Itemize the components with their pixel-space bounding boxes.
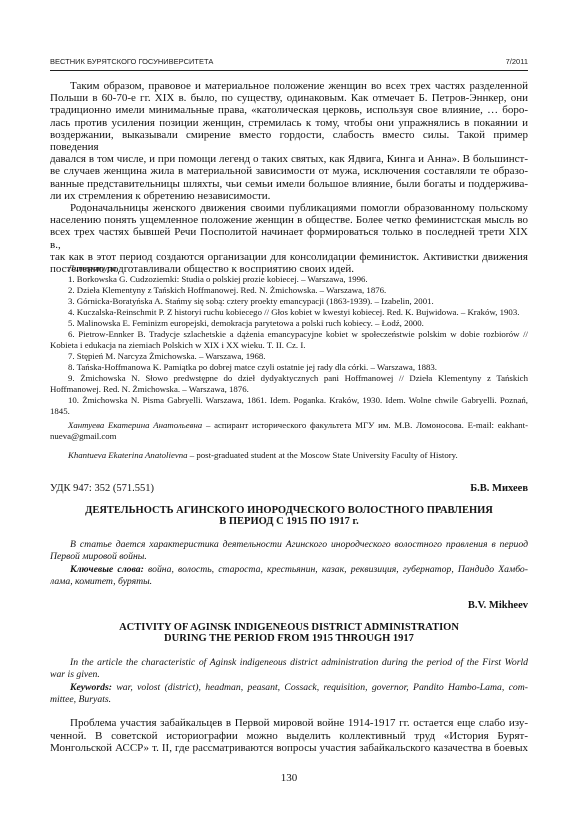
text-line: Монгольской АССР» т. II, где рассматрива… xyxy=(50,742,528,755)
udk-code: УДК 947: 352 (571.551) xyxy=(50,483,154,495)
udk-row: УДК 947: 352 (571.551) Б.В. Михеев xyxy=(50,483,528,495)
article-body-previous: Таким образом, правовое и материальное п… xyxy=(50,80,528,275)
text-line: воздержании, выказывали смирение вместо … xyxy=(50,129,528,153)
text-line: Родоначальницы женского движения своими … xyxy=(50,202,528,214)
reference-item: 8. Tańska-Hoffmanowa K. Pamiątka po dobr… xyxy=(50,362,528,373)
reference-item: 4. Kuczalska-Reinschmit P. Z historyi ru… xyxy=(50,307,528,318)
text-line: ченной. В советской историографии можно … xyxy=(50,730,528,743)
text-line: 2. Dzieła Klementyny z Tańskich Hoffmano… xyxy=(50,285,528,296)
text-line: 9. Żmichowska N. Słowo predwstępne do dz… xyxy=(50,373,528,384)
header-rule xyxy=(50,70,528,71)
text-line: Первой мировой войны. xyxy=(50,551,528,563)
text-line: населению понять ущемленное положение же… xyxy=(50,214,528,226)
text-line: ванные представительницы шляхты, чьи сем… xyxy=(50,178,528,190)
text-line: Keywords: war, volost (district), headma… xyxy=(50,682,528,694)
literature-heading: Литература xyxy=(50,263,528,274)
article-title-en: ACTIVITY OF AGINSK INDIGENEOUS DISTRICT … xyxy=(50,622,528,645)
issue-number: 7/2011 xyxy=(506,57,528,67)
title-line: ACTIVITY OF AGINSK INDIGENEOUS DISTRICT … xyxy=(50,622,528,633)
running-header: ВЕСТНИК БУРЯТСКОГО ГОСУНИВЕРСИТЕТА 7/201… xyxy=(50,57,528,67)
text-line: In the article the characteristic of Agi… xyxy=(50,657,528,669)
author-email: nueva@gmail.com xyxy=(50,431,528,442)
abstract-ru: В статье дается характеристика деятельно… xyxy=(50,539,528,588)
text-line: В статье дается характеристика деятельно… xyxy=(50,539,528,551)
text-line: 1. Borkowska G. Cudzoziemki: Studia o po… xyxy=(50,274,528,285)
author-name: Khantueva Ekaterina Anatolievna xyxy=(68,450,188,460)
text-line: 10. Żmichowska N. Pisma Gabryelli. Warsz… xyxy=(50,395,528,406)
text-line: Хантуева Екатерина Анатольевна – аспиран… xyxy=(50,420,528,431)
text-line: Khantueva Ekaterina Anatolievna – post-g… xyxy=(50,450,528,461)
text-line: традиционно имели минимальные права, «ка… xyxy=(50,104,528,116)
article-author-en: B.V. Mikheev xyxy=(50,600,528,612)
author-description: – post-graduated student at the Moscow S… xyxy=(188,450,458,460)
text-line: Hoffmanowej. Red. N. Żmichowska. – Warsz… xyxy=(50,384,528,395)
reference-item: 9. Żmichowska N. Słowo predwstępne do dz… xyxy=(50,373,528,395)
text-line: war is given. xyxy=(50,669,528,681)
text-line: 6. Pietrow-Ennker B. Tradycje szlachetsk… xyxy=(50,329,528,340)
text-line: Ключевые слова: война, волость, староста… xyxy=(50,564,528,576)
keywords-en: Keywords: war, volost (district), headma… xyxy=(50,682,528,707)
abstract-en: In the article the characteristic of Agi… xyxy=(50,657,528,706)
keywords-ru: Ключевые слова: война, волость, староста… xyxy=(50,564,528,589)
text-line: 7. Stępień M. Narcyza Żmichowska. – Wars… xyxy=(50,351,528,362)
paragraph: Проблема участия забайкальцев в Первой м… xyxy=(50,717,528,755)
author-description: – аспирант исторического факультета МГУ … xyxy=(202,420,528,430)
text-line: Kobieta i edukacja na ziemiach Polskich … xyxy=(50,340,528,351)
title-line: DURING THE PERIOD FROM 1915 THROUGH 1917 xyxy=(50,633,528,644)
reference-item: 7. Stępień M. Narcyza Żmichowska. – Wars… xyxy=(50,351,528,362)
text-line: 3. Górnicka-Boratyńska A. Stańmy się sob… xyxy=(50,296,528,307)
text-line: ве случаев женщина жила в материальной з… xyxy=(50,165,528,177)
title-line: ДЕЯТЕЛЬНОСТЬ АГИНСКОГО ИНОРОДЧЕСКОГО ВОЛ… xyxy=(50,505,528,516)
keywords-label: Keywords: xyxy=(70,682,112,693)
author-info-en: Khantueva Ekaterina Anatolievna – post-g… xyxy=(50,450,528,461)
keywords-text: война, волость, староста, крестьянин, ка… xyxy=(144,564,528,575)
article-title-ru: ДЕЯТЕЛЬНОСТЬ АГИНСКОГО ИНОРОДЧЕСКОГО ВОЛ… xyxy=(50,505,528,528)
reference-item: 3. Górnicka-Boratyńska A. Stańmy się sob… xyxy=(50,296,528,307)
text-line: Таким образом, правовое и материальное п… xyxy=(50,80,528,92)
keywords-text: mittee, Buryats. xyxy=(50,694,528,706)
page-number: 130 xyxy=(50,772,528,784)
text-line: всех трех частях бывшей Речи Посполитой … xyxy=(50,226,528,250)
title-line: В ПЕРИОД С 1915 ПО 1917 г. xyxy=(50,516,528,527)
article-body: Проблема участия забайкальцев в Первой м… xyxy=(50,717,528,755)
text-line: 1845. xyxy=(50,406,528,417)
keywords-text: лама, комитет, буряты. xyxy=(50,576,528,588)
text-line: давался в том числе, и при помощи легенд… xyxy=(50,153,528,165)
journal-title: ВЕСТНИК БУРЯТСКОГО ГОСУНИВЕРСИТЕТА xyxy=(50,57,213,67)
abstract-text: In the article the characteristic of Agi… xyxy=(50,657,528,682)
literature-section: Литература 1. Borkowska G. Cudzoziemki: … xyxy=(50,263,528,417)
paragraph: Таким образом, правовое и материальное п… xyxy=(50,80,528,202)
text-line: Польши в 60-70-е гг. XIX в. было, по сущ… xyxy=(50,92,528,104)
author-info-ru: Хантуева Екатерина Анатольевна – аспиран… xyxy=(50,420,528,442)
text-line: так как в этот период создаются организа… xyxy=(50,251,528,263)
text-line: 5. Malinowska E. Feminizm europejski, de… xyxy=(50,318,528,329)
reference-item: 2. Dzieła Klementyny z Tańskich Hoffmano… xyxy=(50,285,528,296)
text-line: Проблема участия забайкальцев в Первой м… xyxy=(50,717,528,730)
reference-item: 10. Żmichowska N. Pisma Gabryelli. Warsz… xyxy=(50,395,528,417)
keywords-text: war, volost (district), headman, peasant… xyxy=(112,682,528,693)
keywords-label: Ключевые слова: xyxy=(70,564,144,575)
reference-item: 5. Malinowska E. Feminizm europejski, de… xyxy=(50,318,528,329)
reference-item: 6. Pietrow-Ennker B. Tradycje szlachetsk… xyxy=(50,329,528,351)
reference-item: 1. Borkowska G. Cudzoziemki: Studia o po… xyxy=(50,274,528,285)
abstract-text: В статье дается характеристика деятельно… xyxy=(50,539,528,564)
text-line: 8. Tańska-Hoffmanowa K. Pamiątka po dobr… xyxy=(50,362,528,373)
text-line: лась против усиления позиции женщин, стр… xyxy=(50,117,528,129)
text-line: 4. Kuczalska-Reinschmit P. Z historyi ru… xyxy=(50,307,528,318)
author-name: Хантуева Екатерина Анатольевна xyxy=(68,420,202,430)
text-line: ли их стремления к обретению независимос… xyxy=(50,190,528,202)
article-author: Б.В. Михеев xyxy=(470,483,528,495)
